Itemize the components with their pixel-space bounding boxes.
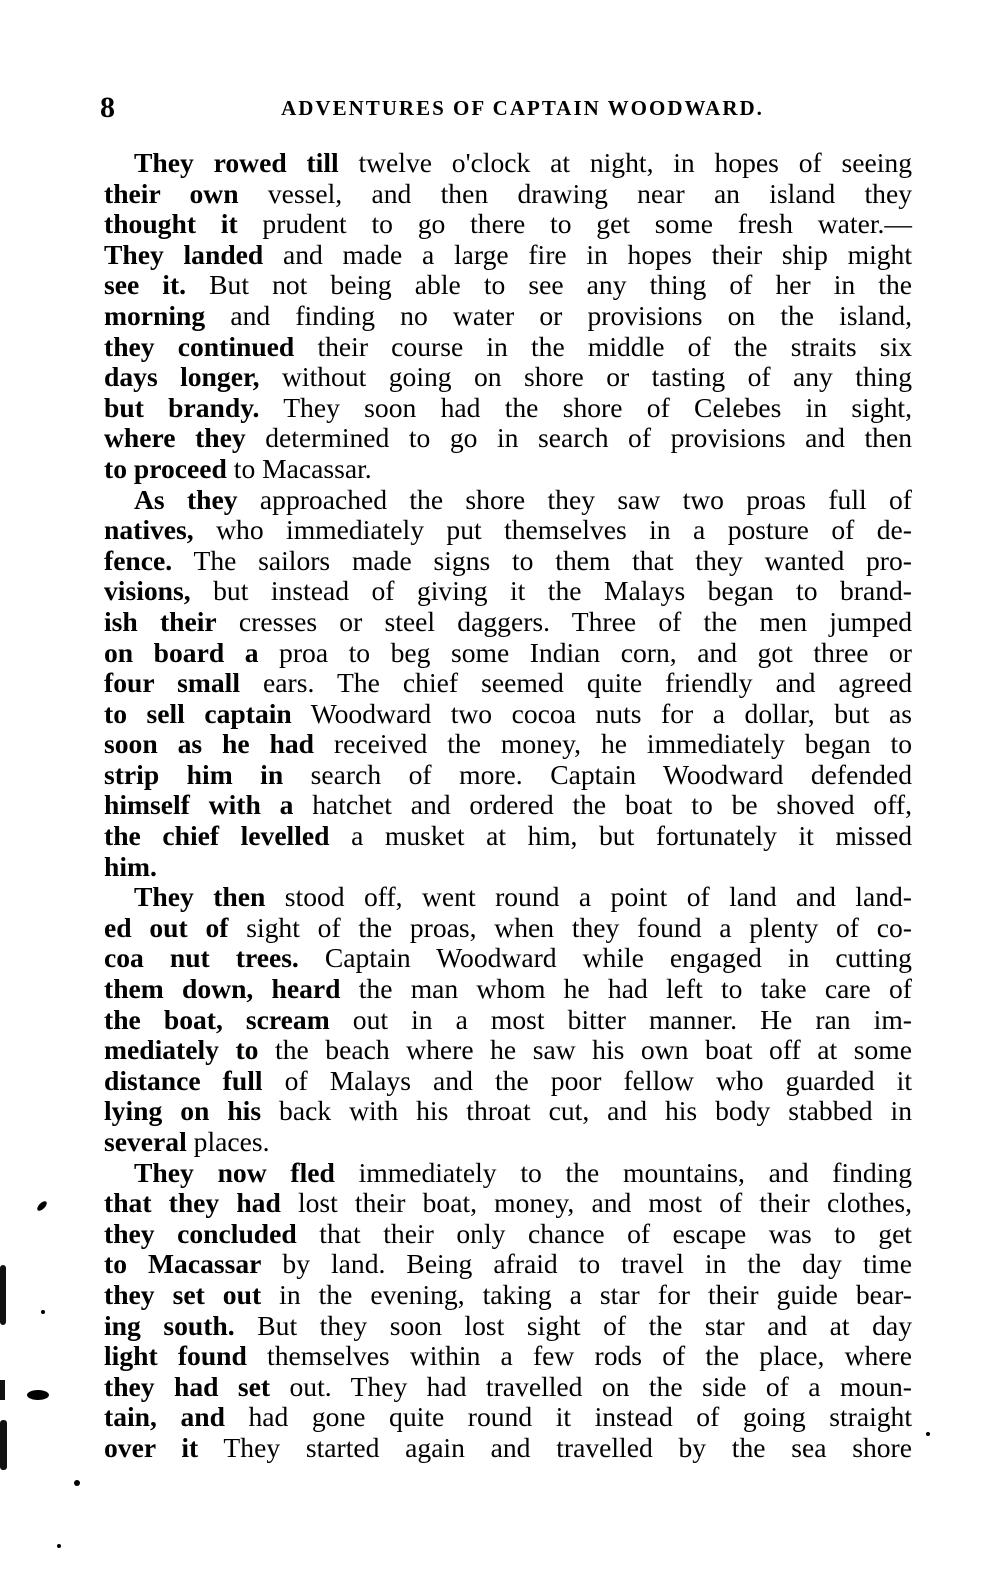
regular-segment: who immediately put themselves in a post… (194, 514, 912, 545)
regular-segment: But they soon lost sight of the star and… (235, 1310, 912, 1341)
text-line: where they determined to go in search of… (104, 423, 912, 454)
bold-segment: to sell captain (104, 698, 292, 729)
bold-segment: ed out of (104, 912, 228, 943)
text-line: ish their cresses or steel daggers. Thre… (104, 607, 912, 638)
bold-segment: They landed (104, 239, 263, 270)
text-line: lying on his back with his throat cut, a… (104, 1096, 912, 1127)
regular-segment: vessel, and then drawing near an island … (239, 178, 912, 209)
book-page: 8 ADVENTURES OF CAPTAIN WOODWARD. They r… (0, 0, 1000, 1573)
regular-segment: and made a large fire in hopes their shi… (263, 239, 912, 270)
bold-segment: they set out (104, 1279, 261, 1310)
bold-segment: the boat, scream (104, 1004, 330, 1035)
regular-segment: hatchet and ordered the boat to be shove… (293, 789, 912, 820)
text-line: days longer, without going on shore or t… (104, 362, 912, 393)
bold-segment: on board a (104, 637, 259, 668)
bold-segment: several (104, 1126, 187, 1157)
regular-segment: by land. Being afraid to travel in the d… (261, 1248, 912, 1279)
regular-segment: stood off, went round a point of land an… (265, 881, 912, 912)
regular-segment: the beach where he saw his own boat off … (258, 1034, 912, 1065)
text-line: the chief levelled a musket at him, but … (104, 821, 912, 852)
regular-segment: of Malays and the poor fellow who guarde… (263, 1065, 912, 1096)
regular-segment: themselves within a few rods of the plac… (247, 1340, 912, 1371)
regular-segment: without going on shore or tasting of any… (260, 361, 912, 392)
bold-segment: visions, (104, 575, 191, 606)
text-line: him. (104, 852, 912, 883)
bold-segment: him. (104, 851, 157, 882)
text-line: They now fled immediately to the mountai… (104, 1158, 912, 1189)
text-line: soon as he had received the money, he im… (104, 729, 912, 760)
regular-segment: out. They had travelled on the side of a… (270, 1371, 912, 1402)
text-line: them down, heard the man whom he had lef… (104, 974, 912, 1005)
regular-segment: their course in the middle of the strait… (294, 331, 912, 362)
bold-segment: strip him in (104, 759, 283, 790)
bold-segment: thought it (104, 208, 238, 239)
text-line: morning and finding no water or provisio… (104, 301, 912, 332)
text-line: They then stood off, went round a point … (104, 882, 912, 913)
text-line: mediately to the beach where he saw his … (104, 1035, 912, 1066)
text-line: coa nut trees. Captain Woodward while en… (104, 943, 912, 974)
regular-segment: approached the shore they saw two proas … (238, 484, 912, 515)
regular-segment: that their only chance of escape was to … (297, 1218, 912, 1249)
text-line: but brandy. They soon had the shore of C… (104, 393, 912, 424)
text-line: himself with a hatchet and ordered the b… (104, 790, 912, 821)
text-line: They rowed till twelve o'clock at night,… (104, 148, 912, 179)
bold-segment: mediately to (104, 1034, 258, 1065)
bold-segment: lying on his (104, 1095, 261, 1126)
regular-segment: cresses or steel daggers. Three of the m… (217, 606, 912, 637)
bold-segment: to proceed (104, 453, 227, 484)
regular-segment: The sailors made signs to them that they… (172, 545, 912, 576)
text-line: that they had lost their boat, money, an… (104, 1188, 912, 1219)
regular-segment: the man whom he had left to take care of (341, 973, 912, 1004)
scan-artifact (36, 1200, 49, 1213)
bold-segment: them down, heard (104, 973, 341, 1004)
bold-segment: four small (104, 667, 240, 698)
text-line: As they approached the shore they saw tw… (104, 485, 912, 516)
bold-segment: that they had (104, 1187, 281, 1218)
bold-segment: but brandy. (104, 392, 259, 423)
regular-segment: search of more. Captain Woodward defende… (283, 759, 912, 790)
bold-segment: They then (134, 881, 265, 912)
scan-artifact (27, 1390, 49, 1400)
text-line: they continued their course in the middl… (104, 332, 912, 363)
bold-segment: coa nut trees. (104, 942, 299, 973)
regular-segment: received the money, he immediately began… (314, 728, 912, 759)
regular-segment: and finding no water or provisions on th… (205, 300, 912, 331)
text-line: to proceed to Macassar. (104, 454, 912, 485)
regular-segment: sight of the proas, when they found a pl… (228, 912, 912, 943)
scan-artifact (0, 1420, 7, 1470)
bold-segment: they concluded (104, 1218, 297, 1249)
scan-artifact (926, 1432, 930, 1436)
regular-segment: They started again and travelled by the … (198, 1432, 912, 1463)
scan-artifact (57, 1544, 61, 1548)
running-title: ADVENTURES OF CAPTAIN WOODWARD. (100, 90, 915, 126)
bold-segment: their own (104, 178, 239, 209)
regular-segment: lost their boat, money, and most of thei… (281, 1187, 912, 1218)
text-line: light found themselves within a few rods… (104, 1341, 912, 1372)
text-line: ing south. But they soon lost sight of t… (104, 1311, 912, 1342)
scan-artifact (41, 1310, 45, 1314)
bold-segment: natives, (104, 514, 194, 545)
regular-segment: ears. The chief seemed quite friendly an… (240, 667, 912, 698)
text-line: four small ears. The chief seemed quite … (104, 668, 912, 699)
text-line: They landed and made a large fire in hop… (104, 240, 912, 271)
text-line: ed out of sight of the proas, when they … (104, 913, 912, 944)
regular-segment: had gone quite round it instead of going… (225, 1401, 912, 1432)
text-line: thought it prudent to go there to get so… (104, 209, 912, 240)
bold-segment: fence. (104, 545, 172, 576)
text-line: strip him in search of more. Captain Woo… (104, 760, 912, 791)
bold-segment: where they (104, 422, 246, 453)
bold-segment: They rowed till (134, 147, 339, 178)
text-line: to Macassar by land. Being afraid to tra… (104, 1249, 912, 1280)
bold-segment: soon as he had (104, 728, 314, 759)
bold-segment: they continued (104, 331, 294, 362)
bold-segment: As they (134, 484, 238, 515)
text-line: to sell captain Woodward two cocoa nuts … (104, 699, 912, 730)
bold-segment: They now fled (134, 1157, 335, 1188)
bold-segment: to Macassar (104, 1248, 261, 1279)
bold-segment: morning (104, 300, 205, 331)
scan-artifact (0, 1265, 6, 1325)
scan-artifact (74, 1480, 80, 1486)
text-line: see it. But not being able to see any th… (104, 270, 912, 301)
regular-segment: out in a most bitter manner. He ran im- (330, 1004, 912, 1035)
regular-segment: Captain Woodward while engaged in cuttin… (299, 942, 912, 973)
regular-segment: immediately to the mountains, and findin… (335, 1157, 912, 1188)
regular-segment: But not being able to see any thing of h… (186, 269, 912, 300)
bold-segment: ing south. (104, 1310, 235, 1341)
regular-segment: places. (187, 1126, 270, 1157)
scan-artifact (0, 1380, 5, 1400)
bold-segment: light found (104, 1340, 247, 1371)
text-line: the boat, scream out in a most bitter ma… (104, 1005, 912, 1036)
text-line: they had set out. They had travelled on … (104, 1372, 912, 1403)
bold-segment: distance full (104, 1065, 263, 1096)
bold-segment: days longer, (104, 361, 260, 392)
bold-segment: they had set (104, 1371, 270, 1402)
text-line: their own vessel, and then drawing near … (104, 179, 912, 210)
regular-segment: in the evening, taking a star for their … (261, 1279, 912, 1310)
bold-segment: tain, and (104, 1401, 225, 1432)
regular-segment: twelve o'clock at night, in hopes of see… (339, 147, 912, 178)
text-line: they set out in the evening, taking a st… (104, 1280, 912, 1311)
text-line: fence. The sailors made signs to them th… (104, 546, 912, 577)
regular-segment: a musket at him, but fortunately it miss… (330, 820, 913, 851)
regular-segment: back with his throat cut, and his body s… (261, 1095, 912, 1126)
text-line: they concluded that their only chance of… (104, 1219, 912, 1250)
regular-segment: Woodward two cocoa nuts for a dollar, bu… (292, 698, 912, 729)
text-line: tain, and had gone quite round it instea… (104, 1402, 912, 1433)
bold-segment: see it. (104, 269, 186, 300)
text-line: natives, who immediately put themselves … (104, 515, 912, 546)
bold-segment: himself with a (104, 789, 293, 820)
regular-segment: proa to beg some Indian corn, and got th… (259, 637, 912, 668)
text-line: over it They started again and travelled… (104, 1433, 912, 1464)
regular-segment: to Macassar. (227, 453, 372, 484)
regular-segment: but instead of giving it the Malays bega… (191, 575, 912, 606)
regular-segment: determined to go in search of provisions… (246, 422, 912, 453)
bold-segment: the chief levelled (104, 820, 330, 851)
bold-segment: over it (104, 1432, 198, 1463)
bold-segment: ish their (104, 606, 217, 637)
regular-segment: They soon had the shore of Celebes in si… (259, 392, 912, 423)
running-head: 8 ADVENTURES OF CAPTAIN WOODWARD. (100, 90, 915, 126)
text-line: on board a proa to beg some Indian corn,… (104, 638, 912, 669)
text-line: several places. (104, 1127, 912, 1158)
regular-segment: prudent to go there to get some fresh wa… (238, 208, 912, 239)
text-line: distance full of Malays and the poor fel… (104, 1066, 912, 1097)
text-line: visions, but instead of giving it the Ma… (104, 576, 912, 607)
body-text: They rowed till twelve o'clock at night,… (104, 148, 912, 1464)
